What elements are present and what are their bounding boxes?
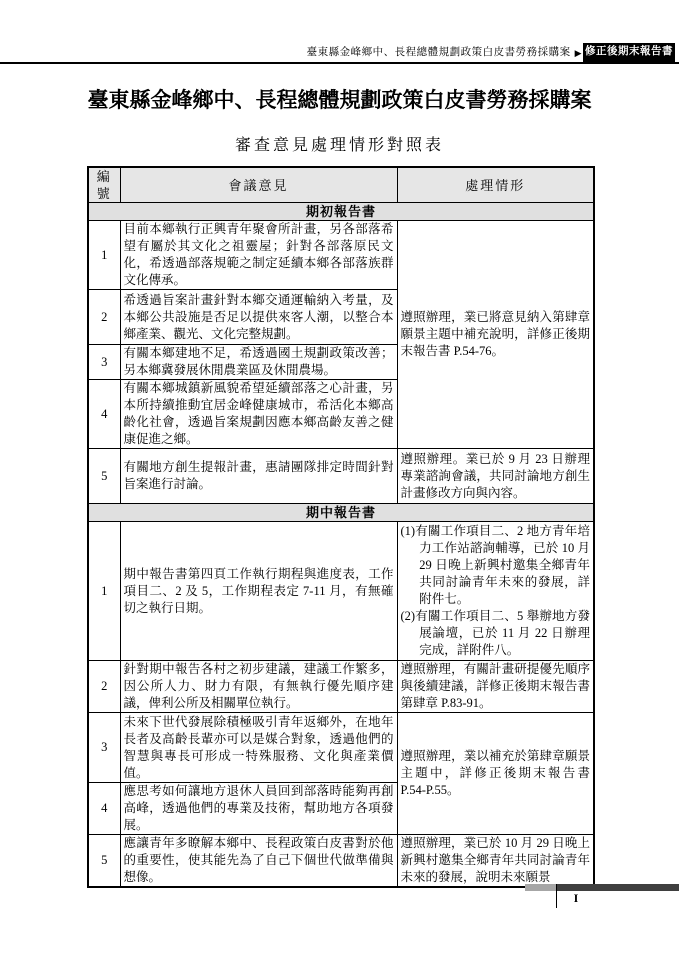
opinion-cell: 應思考如何讓地方退休人員回到部落時能夠再創高峰，透過他們的專業及技術，幫助地方各…	[120, 783, 397, 835]
header-rule	[0, 62, 679, 64]
column-header-number: 編號	[88, 167, 120, 203]
table-row: 5 應讓青年多瞭解本鄉中、長程政策白皮書對於他的重要性，使其能先為了自己下個世代…	[88, 835, 594, 888]
row-number-cell: 5	[88, 449, 120, 504]
table-row: 5 有關地方創生提報計畫，惠請團隊排定時間針對旨案進行討論。 遵照辦理。業已於 …	[88, 449, 594, 504]
section-label-midterm-report: 期中報告書	[88, 504, 594, 522]
opinion-cell: 有關本鄉城鎮新風貌希望延續部落之心計畫，另本所持續推動宜居金峰健康城市，希活化本…	[120, 380, 397, 449]
column-header-opinion: 會議意見	[120, 167, 397, 203]
handling-cell: 遵照辦理，有關計畫研提優先順序與後續建議，詳修正後期末報告書第肆章 P.83-9…	[397, 661, 594, 713]
table-row: 1 目前本鄉執行正興青年聚會所計畫，另各部落希望有屬於其文化之祖靈屋；針對各部落…	[88, 221, 594, 290]
row-number-cell: 4	[88, 380, 120, 449]
review-comparison-table: 編號 會議意見 處理情形 期初報告書 1 目前本鄉執行正興青年聚會所計畫，另各部…	[87, 166, 595, 888]
handling-cell: (1)有關工作項目二、2 地方青年培力工作站諮詢輔導，已於 10 月 29 日晚…	[397, 522, 594, 661]
section-header-row: 期初報告書	[88, 203, 594, 221]
row-number-cell: 1	[88, 221, 120, 290]
footer-bar-light	[525, 884, 556, 891]
opinion-cell: 有關本鄉建地不足，希透過國土規劃政策改善；另本鄉冀發展休閒農業區及休閒農場。	[120, 345, 397, 380]
report-version-badge: 修正後期末報告書	[583, 43, 675, 62]
table-row: 3 未來下世代發展除積極吸引青年返鄉外，在地年長者及高齡長輩亦可以是媒合對象，透…	[88, 713, 594, 783]
opinion-cell: 未來下世代發展除積極吸引青年返鄉外，在地年長者及高齡長輩亦可以是媒合對象，透過他…	[120, 713, 397, 783]
document-page: 臺東縣金峰鄉中、長程總體規劃政策白皮書勞務採購案 ▶ 修正後期末報告書 臺東縣金…	[0, 0, 679, 960]
row-number-cell: 1	[88, 522, 120, 661]
section-header-row: 期中報告書	[88, 504, 594, 522]
running-title: 臺東縣金峰鄉中、長程總體規劃政策白皮書勞務採購案	[307, 45, 571, 61]
opinion-cell: 希透過旨案計畫針對本鄉交通運輸納入考量，及本鄉公共設施是否足以提供來客人潮，以整…	[120, 290, 397, 345]
table-header-row: 編號 會議意見 處理情形	[88, 167, 594, 203]
document-subtitle: 審查意見處理情形對照表	[0, 132, 679, 155]
page-number: I	[566, 891, 586, 906]
opinion-cell: 目前本鄉執行正興青年聚會所計畫，另各部落希望有屬於其文化之祖靈屋；針對各部落原民…	[120, 221, 397, 290]
section-label-initial-report: 期初報告書	[88, 203, 594, 221]
handling-item: (2)有關工作項目二、5 舉辦地方發展論壇，已於 11 月 22 日辦理完成，詳…	[401, 608, 591, 659]
handling-cell-merged: 遵照辦理，業已將意見納入第肆章願景主題中補充說明，詳修正後期末報告書 P.54-…	[397, 221, 594, 449]
handling-cell: 遵照辦理，業已於 10 月 29 日晚上新興村邀集全鄉青年共同討論青年未來的發展…	[397, 835, 594, 888]
handling-cell-merged: 遵照辦理，業以補充於第肆章願景主題中，詳修正後期末報告書 P.54-P.55。	[397, 713, 594, 835]
footer-bar-dark	[557, 884, 679, 891]
table-row: 1 期中報告書第四頁工作執行期程與進度表，工作項目二、2 及 5，工作期程表定 …	[88, 522, 594, 661]
column-header-handling: 處理情形	[397, 167, 594, 203]
opinion-cell: 期中報告書第四頁工作執行期程與進度表，工作項目二、2 及 5，工作期程表定 7-…	[120, 522, 397, 661]
row-number-cell: 3	[88, 345, 120, 380]
handling-item: (1)有關工作項目二、2 地方青年培力工作站諮詢輔導，已於 10 月 29 日晚…	[401, 523, 591, 608]
running-header: 臺東縣金峰鄉中、長程總體規劃政策白皮書勞務採購案 ▶ 修正後期末報告書	[307, 43, 675, 62]
row-number-cell: 4	[88, 783, 120, 835]
row-number-cell: 5	[88, 835, 120, 888]
opinion-cell: 應讓青年多瞭解本鄉中、長程政策白皮書對於他的重要性，使其能先為了自己下個世代做準…	[120, 835, 397, 888]
row-number-cell: 3	[88, 713, 120, 783]
table-row: 2 針對期中報告各村之初步建議，建議工作繁多，因公所人力、財力有限，有無執行優先…	[88, 661, 594, 713]
opinion-cell: 針對期中報告各村之初步建議，建議工作繁多，因公所人力、財力有限，有無執行優先順序…	[120, 661, 397, 713]
handling-cell: 遵照辦理。業已於 9 月 23 日辦理專業諮詢會議，共同討論地方創生計畫修改方向…	[397, 449, 594, 504]
footer-tick-line	[556, 884, 557, 908]
row-number-cell: 2	[88, 290, 120, 345]
document-title: 臺東縣金峰鄉中、長程總體規劃政策白皮書勞務採購案	[0, 84, 679, 114]
opinion-cell: 有關地方創生提報計畫，惠請團隊排定時間針對旨案進行討論。	[120, 449, 397, 504]
row-number-cell: 2	[88, 661, 120, 713]
pointer-triangle-icon: ▶	[575, 45, 582, 61]
